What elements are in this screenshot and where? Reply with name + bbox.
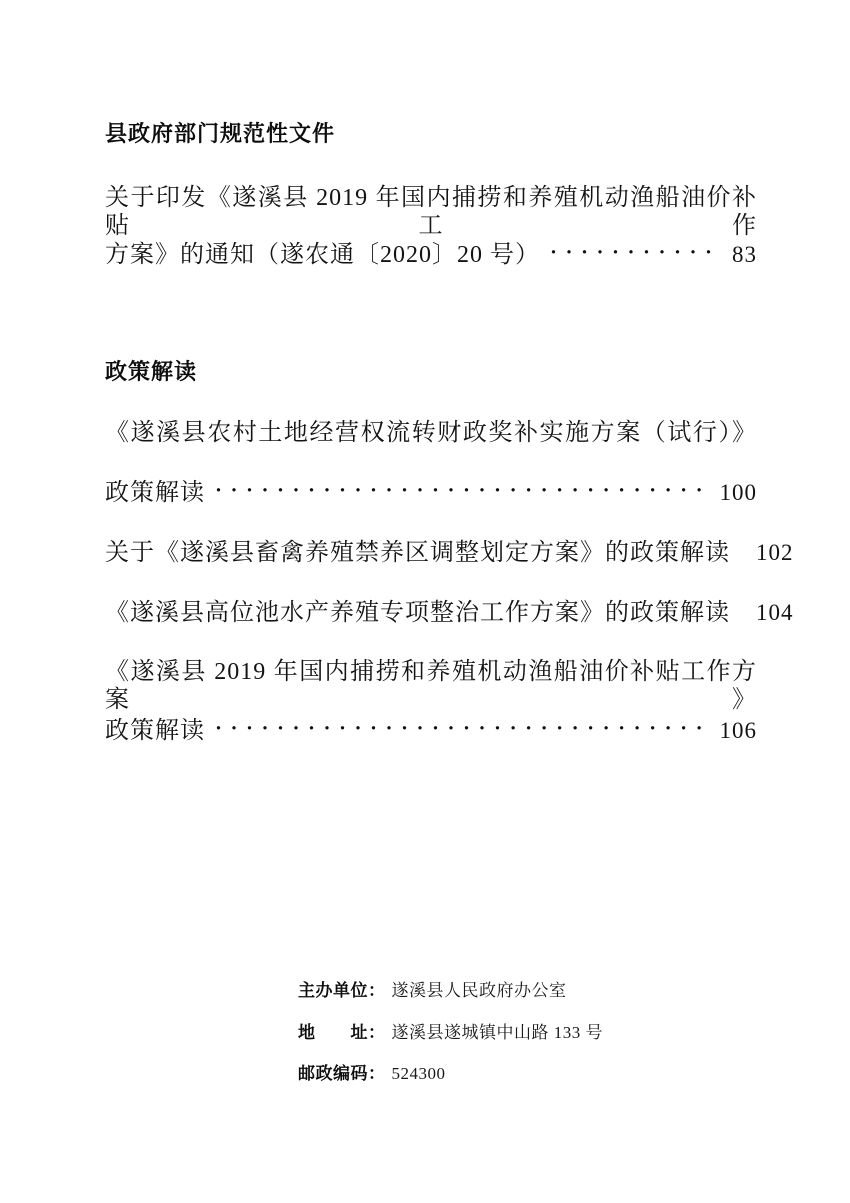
toc-entry-title-continuation: 政策解读 <box>105 479 205 507</box>
section-heading-regulatory-documents: 县政府部门规范性文件 <box>105 121 757 147</box>
leader-dots <box>730 596 740 624</box>
toc-page-number: 102 <box>740 539 794 567</box>
toc-entry-title: 《遂溪县高位池水产养殖专项整治工作方案》的政策解读 <box>105 599 730 627</box>
gazette-toc-page: { "document": { "section_regulatory": { … <box>0 0 850 1203</box>
toc-entry-title-line: 《遂溪县 2019 年国内捕捞和养殖机动渔船油价补贴工作方案》 <box>105 658 757 714</box>
toc-entry-line-with-page: 政策解读 100 <box>105 479 757 507</box>
toc-page-number: 104 <box>740 599 794 627</box>
footer-address-row: 地 址：遂溪县遂城镇中山路 133 号 <box>298 1023 603 1043</box>
toc-entry-title-line: 关于印发《遂溪县 2019 年国内捕捞和养殖机动渔船油价补贴工作 <box>105 184 757 240</box>
toc-entry-line-with-page: 关于《遂溪县畜禽养殖禁养区调整划定方案》的政策解读 102 <box>105 539 757 567</box>
toc-entry-line-with-page: 方案》的通知（遂农通〔2020〕20 号） 83 <box>105 241 757 269</box>
toc-entry-title-continuation: 政策解读 <box>105 717 205 745</box>
footer-postcode-label: 邮政编码： <box>298 1064 386 1083</box>
section-heading-policy-interpretation: 政策解读 <box>105 359 757 385</box>
leader-dots <box>205 714 704 742</box>
footer-host-label: 主办单位： <box>298 981 386 1000</box>
toc-entry-title: 关于《遂溪县畜禽养殖禁养区调整划定方案》的政策解读 <box>105 539 730 567</box>
toc-page-number: 100 <box>704 479 758 507</box>
footer-postcode-value: 524300 <box>386 1064 446 1083</box>
toc-entry-line-with-page: 《遂溪县高位池水产养殖专项整治工作方案》的政策解读 104 <box>105 599 757 627</box>
footer-address-label: 地 址： <box>298 1023 386 1042</box>
leader-dots <box>540 238 716 266</box>
toc-entry-title-continuation: 方案》的通知（遂农通〔2020〕20 号） <box>105 241 540 269</box>
toc-page-number: 106 <box>704 717 758 745</box>
toc-entry-line-with-page: 政策解读 106 <box>105 717 757 745</box>
footer-host-value: 遂溪县人民政府办公室 <box>386 981 567 1000</box>
footer-postcode-row: 邮政编码：524300 <box>298 1064 446 1084</box>
footer-address-value: 遂溪县遂城镇中山路 133 号 <box>386 1023 604 1042</box>
footer-host-row: 主办单位：遂溪县人民政府办公室 <box>298 981 567 1001</box>
toc-entry-title-line: 《遂溪县农村土地经营权流转财政奖补实施方案（试行）》 <box>105 419 757 447</box>
toc-page-number: 83 <box>716 241 757 269</box>
leader-dots <box>205 476 704 504</box>
leader-dots <box>730 536 740 564</box>
